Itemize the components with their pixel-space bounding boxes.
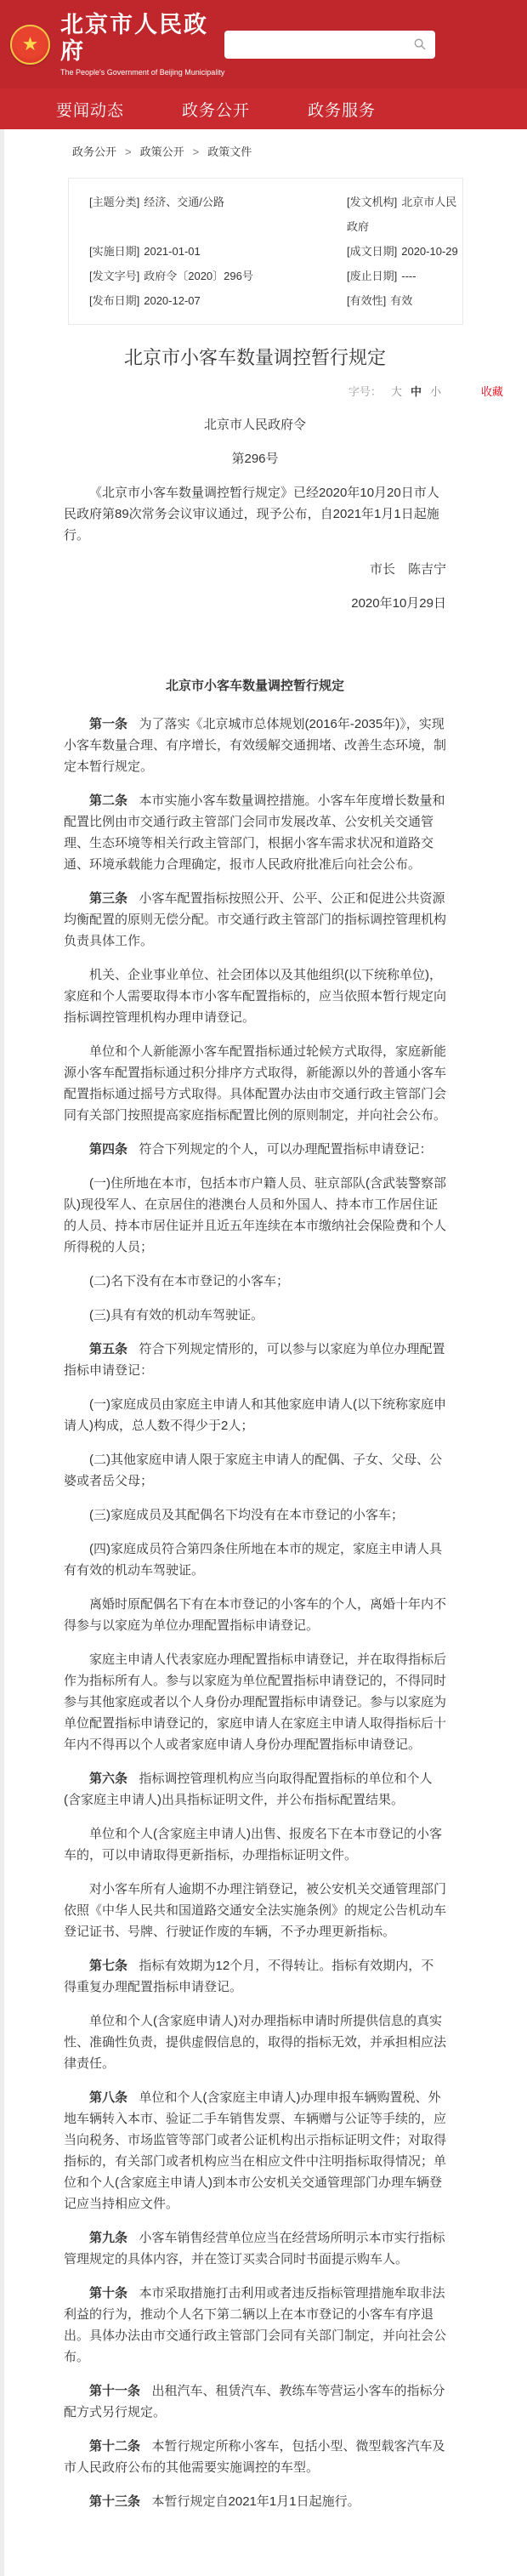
- paragraph-text: (三)家庭成员及其配偶名下均没有在本市登记的小客车；: [89, 1508, 404, 1522]
- doc-paragraph: (四)家庭成员符合第四条住所地在本市的规定，家庭主申请人具有有效的机动车驾驶证。: [64, 1538, 446, 1581]
- meta-value: 2020-12-07: [144, 294, 201, 307]
- doc-paragraph: 第八条单位和个人(含家庭主申请人)办理申报车辆购置税、外地车辆转入本市、验证二手…: [64, 2087, 446, 2215]
- doc-paragraph: 第三条小客车配置指标按照公开、公平、公正和促进公共资源均衡配置的原则无偿分配。市…: [64, 888, 446, 952]
- document-body: 北京市人民政府令 第296号 《北京市小客车数量调控暂行规定》已经2020年10…: [64, 414, 446, 2512]
- meta-field: [发文机构]北京市人民政府: [347, 190, 462, 239]
- article-number: 第十一条: [89, 2384, 140, 2398]
- doc-paragraph: (三)具有有效的机动车驾驶证。: [64, 1305, 446, 1326]
- font-size-option[interactable]: 大: [391, 385, 402, 398]
- meta-value: ----: [401, 270, 416, 282]
- doc-paragraph: 单位和个人(含家庭申请人)对办理指标申请时所提供信息的真实性、准确性负责，提供虚…: [64, 2010, 446, 2074]
- doc-paragraph: 单位和个人(含家庭主申请人)出售、报废名下在本市登记的小客车的，可以申请取得更新…: [64, 1823, 446, 1866]
- paragraph-text: 北京市人民政府令: [204, 418, 306, 432]
- page-title: 北京市小客车数量调控暂行规定: [64, 345, 446, 371]
- doc-paragraph: 第九条小客车销售经营单位应当在经营场所明示本市实行指标管理规定的具体内容，并在签…: [64, 2227, 446, 2270]
- doc-paragraph: 第五条符合下列规定情形的，可以参与以家庭为单位办理配置指标申请登记：: [64, 1339, 446, 1381]
- document-meta-box: [主题分类]经济、交通/公路 [发文机构]北京市人民政府 [实施日期]2021-…: [68, 178, 463, 325]
- paragraph-text: 符合下列规定的个人，可以办理配置指标申请登记：: [139, 1142, 433, 1157]
- nav-item[interactable]: 要闻动态: [27, 98, 153, 121]
- doc-paragraph: 单位和个人新能源小客车配置指标通过轮候方式取得，家庭新能源小客车配置指标通过积分…: [64, 1041, 446, 1126]
- article-number: 第七条: [89, 1959, 127, 1973]
- site-subtitle: The People's Government of Beijing Munic…: [60, 68, 224, 77]
- search-input[interactable]: [235, 31, 413, 59]
- font-size-option[interactable]: 中: [411, 385, 422, 398]
- doc-paragraph: 对小客车所有人逾期不办理注销登记，被公安机关交通管理部门依照《中华人民共和国道路…: [64, 1879, 446, 1942]
- doc-paragraph: 市长 陈吉宁: [64, 559, 446, 580]
- meta-field: [发布日期]2020-12-07: [89, 288, 347, 313]
- doc-paragraph: 离婚时原配偶名下有在本市登记的小客车的个人，离婚十年内不得参与以家庭为单位办理配…: [64, 1594, 446, 1636]
- article-number: 第十条: [89, 2286, 127, 2300]
- paragraph-text: 单位和个人(含家庭主申请人)出售、报废名下在本市登记的小客车的，可以申请取得更新…: [64, 1827, 442, 1862]
- paragraph-text: (二)名下没有在本市登记的小客车；: [89, 1274, 289, 1288]
- site-logo[interactable]: ★ 北京市人民政府 The People's Government of Bei…: [10, 12, 224, 77]
- doc-paragraph: 第296号: [64, 448, 446, 469]
- font-size-option[interactable]: 小: [430, 385, 441, 398]
- meta-label: [主题分类]: [89, 196, 139, 208]
- font-size-label: 字号：: [348, 385, 382, 398]
- breadcrumb-item: 政策文件: [207, 145, 252, 158]
- meta-label: [发文字号]: [89, 270, 139, 282]
- doc-paragraph: 第十条本市采取措施打击利用或者违反指标管理措施牟取非法利益的行为，推动个人名下第…: [64, 2283, 446, 2368]
- paragraph-text: 机关、企业事业单位、社会团体以及其他组织(以下统称单位)，家庭和个人需要取得本市…: [64, 968, 446, 1025]
- article-number: 第十三条: [89, 2494, 140, 2509]
- meta-value: 有效: [390, 294, 412, 307]
- paragraph-text: (四)家庭成员符合第四条住所地在本市的规定，家庭主申请人具有有效的机动车驾驶证。: [64, 1542, 442, 1578]
- paragraph-text: 离婚时原配偶名下有在本市登记的小客车的个人，离婚十年内不得参与以家庭为单位办理配…: [64, 1597, 446, 1633]
- paragraph-text: 单位和个人(含家庭主申请人)办理申报车辆购置税、外地车辆转入本市、验证二手车销售…: [64, 2090, 446, 2211]
- paragraph-text: 市长 陈吉宁: [370, 562, 446, 577]
- meta-label: [发布日期]: [89, 294, 139, 307]
- meta-value: 政府令〔2020〕296号: [144, 270, 253, 282]
- paragraph-text: (二)其他家庭申请人限于家庭主申请人的配偶、子女、父母、公婆或者岳父母；: [64, 1453, 442, 1488]
- doc-paragraph: 第七条指标有效期为12个月，不得转让。指标有效期内，不得重复办理配置指标申请登记…: [64, 1955, 446, 1998]
- paragraph-text: (一)家庭成员由家庭主申请人和其他家庭申请人(以下统称家庭申请人)构成，总人数不…: [64, 1397, 446, 1433]
- article-number: 第九条: [89, 2231, 127, 2245]
- meta-field: [废止日期]----: [347, 264, 462, 288]
- doc-paragraph: 第六条指标调控管理机构应当向取得配置指标的单位和个人(含家庭主申请人)出具指标证…: [64, 1768, 446, 1811]
- article-number: 第六条: [89, 1771, 127, 1786]
- breadcrumb-item: >: [125, 145, 132, 158]
- doc-paragraph: (一)住所地在本市，包括本市户籍人员、驻京部队(含武装警察部队)现役军人、在京居…: [64, 1173, 446, 1258]
- doc-paragraph: 北京市小客车数量调控暂行规定: [64, 675, 446, 697]
- meta-value: 2020-10-29: [401, 245, 458, 258]
- meta-field: [发文字号]政府令〔2020〕296号: [89, 264, 347, 288]
- toolbar: 字号：大中小收藏: [4, 383, 527, 399]
- paragraph-text: 北京市小客车数量调控暂行规定: [166, 679, 344, 693]
- font-size-options: 大中小: [387, 385, 445, 398]
- doc-paragraph: 《北京市小客车数量调控暂行规定》已经2020年10月20日市人民政府第89次常务…: [64, 482, 446, 546]
- article-number: 第十二条: [89, 2439, 140, 2454]
- doc-paragraph: 第十二条本暂行规定所称小客车，包括小型、微型载客汽车及市人民政府公布的其他需要实…: [64, 2436, 446, 2478]
- national-emblem-icon: ★: [10, 25, 50, 65]
- search-box: [224, 31, 435, 59]
- meta-label: [发文机构]: [347, 196, 397, 208]
- doc-paragraph: (一)家庭成员由家庭主申请人和其他家庭申请人(以下统称家庭申请人)构成，总人数不…: [64, 1394, 446, 1436]
- paragraph-text: 家庭主申请人代表家庭办理配置指标申请登记，并在取得指标后作为指标所有人。参与以家…: [64, 1652, 446, 1752]
- doc-paragraph: (二)其他家庭申请人限于家庭主申请人的配偶、子女、父母、公婆或者岳父母；: [64, 1449, 446, 1492]
- meta-label: [成文日期]: [347, 245, 397, 258]
- doc-paragraph: (二)名下没有在本市登记的小客车；: [64, 1271, 446, 1292]
- doc-paragraph: 第二条本市实施小客车数量调控措施。小客车年度增长数量和配置比例由市交通行政主管部…: [64, 790, 446, 875]
- main-nav: 要闻动态政务公开政务服务: [0, 88, 527, 129]
- doc-paragraph: 第一条为了落实《北京城市总体规划(2016年-2035年)》，实现小客车数量合理…: [64, 714, 446, 777]
- doc-paragraph: 第十三条本暂行规定自2021年1月1日起施行。: [64, 2491, 446, 2512]
- article-number: 第一条: [89, 717, 127, 731]
- paragraph-text: 单位和个人(含家庭申请人)对办理指标申请时所提供信息的真实性、准确性负责，提供虚…: [64, 2014, 446, 2071]
- site-title: 北京市人民政府: [60, 12, 224, 65]
- article-number: 第八条: [89, 2090, 127, 2105]
- site-header: ★ 北京市人民政府 The People's Government of Bei…: [0, 0, 527, 88]
- doc-paragraph: 家庭主申请人代表家庭办理配置指标申请登记，并在取得指标后作为指标所有人。参与以家…: [64, 1649, 446, 1755]
- doc-paragraph: 第四条符合下列规定的个人，可以办理配置指标申请登记：: [64, 1139, 446, 1160]
- meta-field: [实施日期]2021-01-01: [89, 239, 347, 264]
- paragraph-text: 对小客车所有人逾期不办理注销登记，被公安机关交通管理部门依照《中华人民共和国道路…: [64, 1882, 446, 1939]
- favorite-button[interactable]: 收藏: [481, 385, 503, 398]
- article-number: 第四条: [89, 1142, 127, 1157]
- meta-field: [成文日期]2020-10-29: [347, 239, 462, 264]
- meta-value: 经济、交通/公路: [144, 196, 224, 208]
- paragraph-text: (三)具有有效的机动车驾驶证。: [89, 1308, 263, 1322]
- paragraph-text: 本暂行规定自2021年1月1日起施行。: [152, 2494, 360, 2509]
- meta-label: [废止日期]: [347, 270, 397, 282]
- content-card: 政务公开>政策公开>政策文件 [主题分类]经济、交通/公路 [发文机构]北京市人…: [4, 129, 527, 2576]
- article-number: 第二条: [89, 793, 127, 808]
- doc-paragraph: (三)家庭成员及其配偶名下均没有在本市登记的小客车；: [64, 1504, 446, 1526]
- paragraph-text: 单位和个人新能源小客车配置指标通过轮候方式取得，家庭新能源小客车配置指标通过积分…: [64, 1044, 446, 1123]
- meta-label: [有效性]: [347, 294, 386, 307]
- breadcrumb: 政务公开>政策公开>政策文件: [4, 129, 527, 168]
- doc-paragraph: 北京市人民政府令: [64, 414, 446, 435]
- search-icon[interactable]: [413, 37, 427, 51]
- doc-paragraph: 第十一条出租汽车、租赁汽车、教练车等营运小客车的指标分配方式另行规定。: [64, 2380, 446, 2423]
- meta-field: [有效性]有效: [347, 288, 462, 313]
- doc-paragraph: 机关、企业事业单位、社会团体以及其他组织(以下统称单位)，家庭和个人需要取得本市…: [64, 964, 446, 1028]
- meta-field: [主题分类]经济、交通/公路: [89, 190, 347, 239]
- paragraph-text: (一)住所地在本市，包括本市户籍人员、驻京部队(含武装警察部队)现役军人、在京居…: [64, 1176, 446, 1254]
- meta-label: [实施日期]: [89, 245, 139, 258]
- article-number: 第三条: [89, 891, 127, 906]
- breadcrumb-item[interactable]: 政策公开: [140, 145, 184, 158]
- breadcrumb-item: >: [193, 145, 200, 158]
- nav-item[interactable]: 政务服务: [279, 98, 405, 121]
- breadcrumb-item[interactable]: 政务公开: [72, 145, 116, 158]
- article-number: 第五条: [89, 1342, 127, 1356]
- paragraph-text: 2020年10月29日: [351, 596, 446, 611]
- nav-item[interactable]: 政务公开: [153, 98, 279, 121]
- paragraph-text: 第296号: [231, 452, 278, 466]
- doc-paragraph: 2020年10月29日: [64, 593, 446, 614]
- meta-value: 2021-01-01: [144, 245, 201, 258]
- paragraph-text: 《北京市小客车数量调控暂行规定》已经2020年10月20日市人民政府第89次常务…: [64, 486, 439, 543]
